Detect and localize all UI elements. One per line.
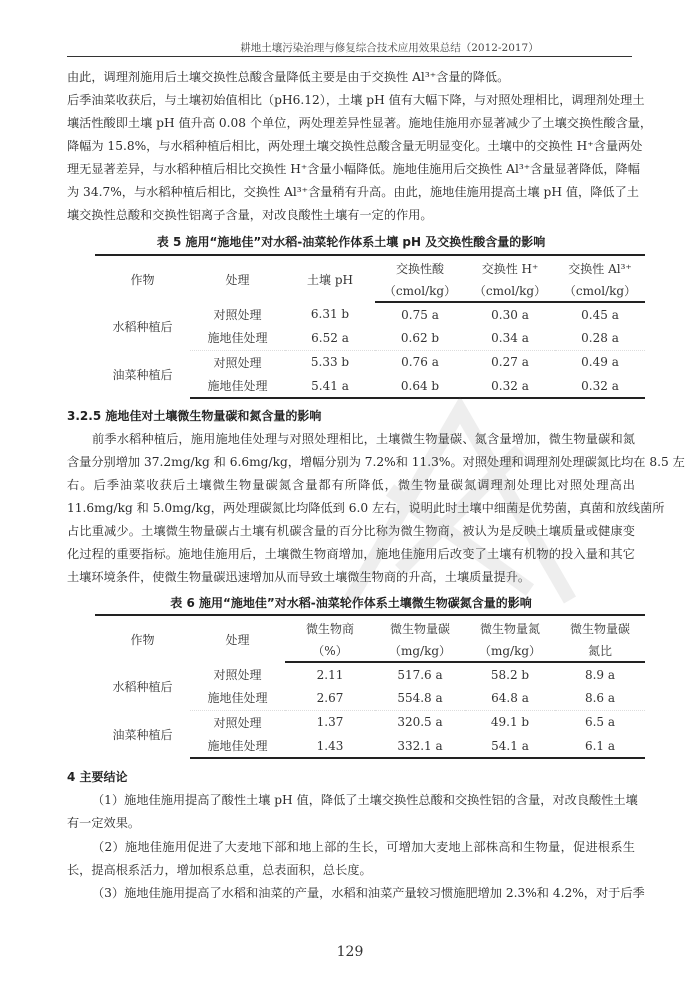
paragraph-line: （2）施地佳施用促进了大麦地下部和地上部的生长，可增加大麦地上部株高和生物量，促…	[67, 836, 635, 858]
crop-cell: 油菜种植后	[95, 350, 190, 398]
ratio-cell: 6.1 a	[555, 734, 645, 758]
section-heading-3-2-5: 3.2.5 施地佳对土壤微生物量碳和氮含量的影响	[67, 407, 321, 424]
table5-caption: 表 5 施用“施地佳”对水稻-油菜轮作体系土壤 pH 及交换性酸含量的影响	[67, 233, 635, 250]
al-cell: 0.32 a	[555, 374, 645, 398]
col-crop: 作物	[95, 615, 190, 662]
col-treatment: 处理	[190, 255, 285, 302]
col-soil-ph: 土壤 pH	[285, 255, 375, 302]
table-row: 油菜种植后 对照处理 1.37 320.5 a 49.1 b 6.5 a	[95, 710, 645, 734]
ratio-cell: 8.6 a	[555, 686, 645, 710]
paragraph-line: 理无显著差异，与水稻种植后相比交换性 H⁺含量小幅降低。施地佳施用后交换性 Al…	[67, 158, 635, 180]
acid-cell: 0.62 b	[375, 326, 465, 350]
col-exch-acid: 交换性酸	[375, 255, 465, 280]
quotient-cell: 2.11	[285, 662, 375, 686]
running-title: 耕地土壤污染治理与修复综合技术应用效果总结（2012-2017）	[240, 42, 539, 54]
quotient-cell: 1.37	[285, 710, 375, 734]
paragraph-line: 11.6mg/kg 和 5.0mg/kg，两处理碳氮比均降低到 6.0 左右，说…	[67, 497, 635, 519]
table6: 作物 处理 微生物商 微生物量碳 微生物量氮 微生物量碳 （%） （mg/kg）…	[95, 614, 645, 759]
paragraph-line: 前季水稻种植后，施用施地佳处理与对照处理相比，土壤微生物量碳、氮含量增加，微生物…	[67, 428, 635, 450]
col-mbc: 微生物量碳	[375, 615, 465, 640]
treatment-cell: 施地佳处理	[190, 686, 285, 710]
ph-cell: 5.41 a	[285, 374, 375, 398]
page-number: 129	[0, 944, 700, 960]
col-microbial-quotient: 微生物商	[285, 615, 375, 640]
paragraph-line: 有一定效果。	[67, 812, 635, 834]
ph-cell: 6.52 a	[285, 326, 375, 350]
treatment-cell: 对照处理	[190, 350, 285, 374]
ratio-cell: 6.5 a	[555, 710, 645, 734]
paragraph-line: 后季油菜收获后，与土壤初始值相比（pH6.12），土壤 pH 值有大幅下降，与对…	[67, 89, 635, 111]
ph-cell: 6.31 b	[285, 302, 375, 326]
col-cn-ratio: 微生物量碳	[555, 615, 645, 640]
h-cell: 0.30 a	[465, 302, 555, 326]
h-cell: 0.32 a	[465, 374, 555, 398]
h-cell: 0.27 a	[465, 350, 555, 374]
paragraph-line: 右。后季油菜收获后土壤微生物量碳氮含量都有所降低，微生物量碳氮调理剂处理比对照处…	[67, 474, 635, 496]
table-row: 水稻种植后 对照处理 6.31 b 0.75 a 0.30 a 0.45 a	[95, 302, 645, 326]
acid-cell: 0.64 b	[375, 374, 465, 398]
quotient-cell: 1.43	[285, 734, 375, 758]
ph-cell: 5.33 b	[285, 350, 375, 374]
table6-caption: 表 6 施用“施地佳”对水稻-油菜轮作体系土壤微生物碳氮含量的影响	[67, 594, 635, 611]
table-row: 水稻种植后 对照处理 2.11 517.6 a 58.2 b 8.9 a	[95, 662, 645, 686]
crop-cell: 水稻种植后	[95, 662, 190, 710]
mbc-cell: 554.8 a	[375, 686, 465, 710]
treatment-cell: 施地佳处理	[190, 734, 285, 758]
unit-label: （cmol/kg）	[465, 280, 555, 302]
mbc-cell: 332.1 a	[375, 734, 465, 758]
quotient-cell: 2.67	[285, 686, 375, 710]
al-cell: 0.49 a	[555, 350, 645, 374]
paragraph-line: 长，提高根系活力，增加根系总重，总表面积，总长度。	[67, 859, 635, 881]
paragraph-line: 占比重减少。土壤微生物量碳占土壤有机碳含量的百分比称为微生物商，被认为是反映土壤…	[67, 520, 635, 542]
treatment-cell: 施地佳处理	[190, 326, 285, 350]
treatment-cell: 对照处理	[190, 710, 285, 734]
paragraph-line: 含量分别增加 37.2mg/kg 和 6.6mg/kg，增幅分别为 7.2%和 …	[67, 451, 635, 473]
treatment-cell: 对照处理	[190, 662, 285, 686]
al-cell: 0.28 a	[555, 326, 645, 350]
ratio-cell: 8.9 a	[555, 662, 645, 686]
paragraph-line: 由此，调理剂施用后土壤交换性总酸含量降低主要是由于交换性 Al³⁺含量的降低。	[67, 66, 635, 88]
paragraph-line: 化过程的重要指标。施地佳施用后，土壤微生物商增加，施地佳施用后改变了土壤有机物的…	[67, 543, 635, 565]
paragraph-line: 为 34.7%，与水稻种植后相比，交换性 Al³⁺含量稍有升高。由此，施地佳施用…	[67, 181, 635, 203]
col-treatment: 处理	[190, 615, 285, 662]
al-cell: 0.45 a	[555, 302, 645, 326]
col-exch-al: 交换性 Al³⁺	[555, 255, 645, 280]
paragraph-line: （1）施地佳施用提高了酸性土壤 pH 值，降低了土壤交换性总酸和交换性铝的含量，…	[67, 789, 635, 811]
table5: 作物 处理 土壤 pH 交换性酸 交换性 H⁺ 交换性 Al³⁺ （cmol/k…	[95, 254, 645, 399]
acid-cell: 0.76 a	[375, 350, 465, 374]
running-header: 耕地土壤污染治理与修复综合技术应用效果总结（2012-2017）	[67, 42, 632, 57]
unit-label: （mg/kg）	[375, 640, 465, 662]
mbn-cell: 54.1 a	[465, 734, 555, 758]
table-row: 油菜种植后 对照处理 5.33 b 0.76 a 0.27 a 0.49 a	[95, 350, 645, 374]
mbn-cell: 64.8 a	[465, 686, 555, 710]
mbn-cell: 49.1 b	[465, 710, 555, 734]
col-exch-h: 交换性 H⁺	[465, 255, 555, 280]
col-crop: 作物	[95, 255, 190, 302]
h-cell: 0.34 a	[465, 326, 555, 350]
unit-label: （cmol/kg）	[555, 280, 645, 302]
mbn-cell: 58.2 b	[465, 662, 555, 686]
crop-cell: 油菜种植后	[95, 710, 190, 758]
col-mbn: 微生物量氮	[465, 615, 555, 640]
acid-cell: 0.75 a	[375, 302, 465, 326]
paragraph-line: 土壤环境条件，使微生物量碳迅速增加从而导致土壤微生物商的升高，土壤质量提升。	[67, 566, 635, 588]
paragraph-line: 壤交换性总酸和交换性铝离子含量，对改良酸性土壤有一定的作用。	[67, 204, 635, 226]
paragraph-line: （3）施地佳施用提高了水稻和油菜的产量，水稻和油菜产量较习惯施肥增加 2.3%和…	[67, 882, 635, 904]
unit-label: （cmol/kg）	[375, 280, 465, 302]
paragraph-line: 降幅为 15.8%，与水稻种植后相比，两处理土壤交换性总酸含量无明显变化。土壤中…	[67, 135, 635, 157]
unit-label: （%）	[285, 640, 375, 662]
crop-cell: 水稻种植后	[95, 302, 190, 350]
paragraph-line: 壤活性酸即土壤 pH 值升高 0.08 个单位，两处理差异性显著。施地佳施用亦显…	[67, 112, 635, 134]
mbc-cell: 320.5 a	[375, 710, 465, 734]
unit-label: （mg/kg）	[465, 640, 555, 662]
treatment-cell: 对照处理	[190, 302, 285, 326]
section-heading-4: 4 主要结论	[67, 768, 128, 785]
document-page: 耕地土壤污染治理与修复综合技术应用效果总结（2012-2017） 由此，调理剂施…	[0, 0, 700, 990]
mbc-cell: 517.6 a	[375, 662, 465, 686]
treatment-cell: 施地佳处理	[190, 374, 285, 398]
unit-label: 氮比	[555, 640, 645, 662]
